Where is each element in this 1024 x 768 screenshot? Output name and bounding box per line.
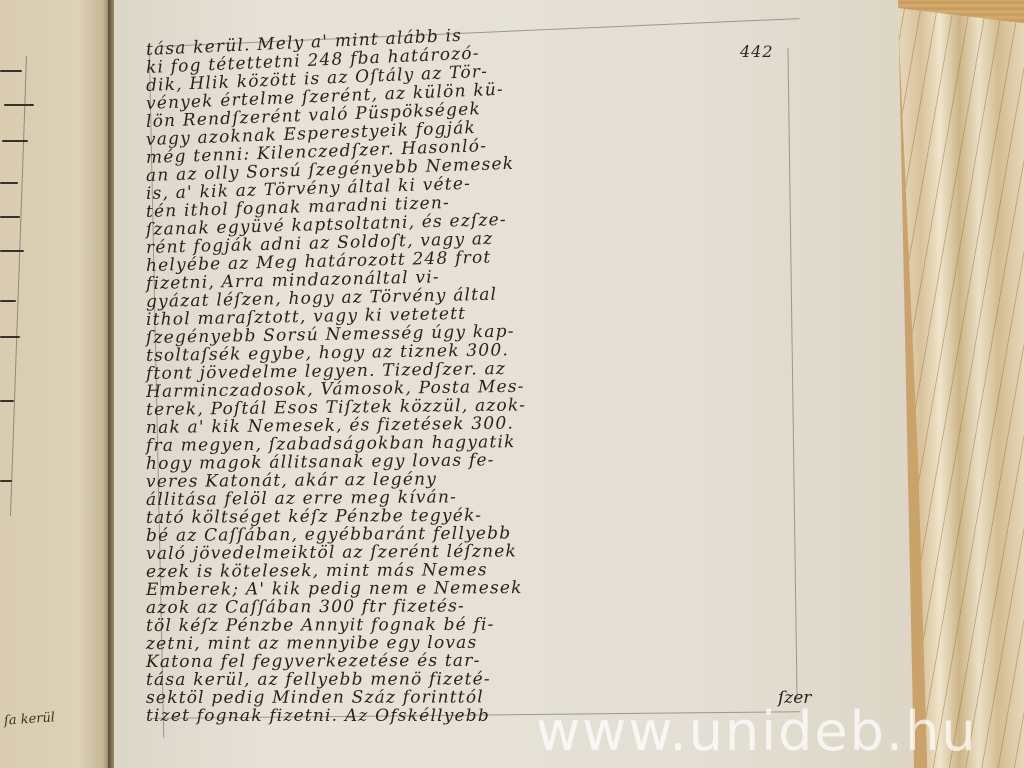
ink-stroke (2, 140, 28, 142)
left-page-margin-rule (10, 56, 27, 516)
page-edge-texture (895, 8, 1024, 768)
ink-stroke (4, 104, 34, 106)
site-watermark: www.unideb.hu (536, 700, 978, 763)
text-line: sektöl pedig Minden Száz forinttól (146, 687, 484, 708)
ink-stroke (0, 336, 20, 338)
ink-stroke (0, 300, 16, 302)
left-facing-page: ſa kerül (0, 0, 112, 768)
ink-stroke (0, 182, 18, 184)
left-page-text-fragment: ſa kerül (4, 710, 56, 729)
ink-stroke (0, 70, 22, 72)
ink-stroke (0, 400, 14, 402)
text-line: tizet fognak fizetni. Az Ofskéllyebb (146, 706, 490, 726)
ink-stroke (0, 250, 24, 252)
book-spine (108, 0, 114, 768)
page-number: 442 (740, 42, 774, 61)
ink-stroke (0, 216, 20, 218)
ink-stroke (0, 480, 12, 482)
